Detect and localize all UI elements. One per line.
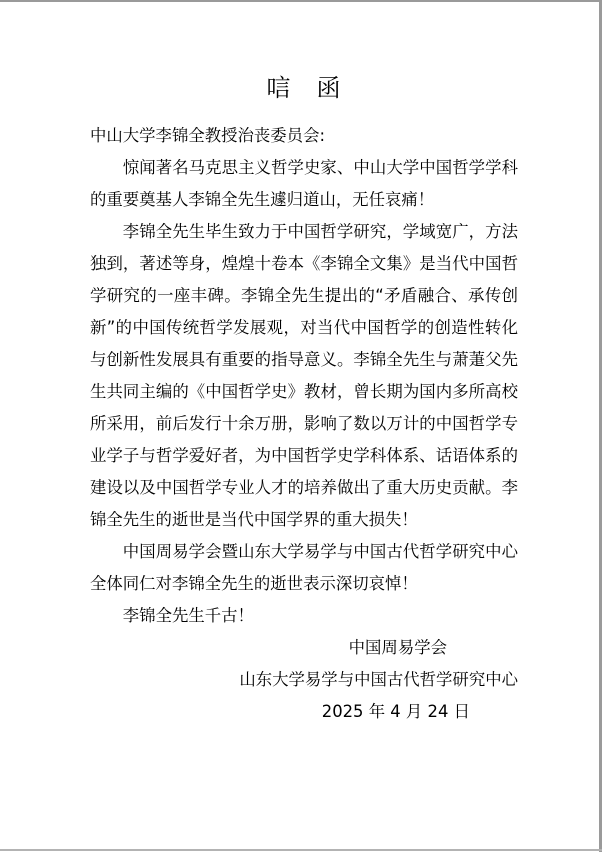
signature-org-secondary: 山东大学易学与中国古代哲学研究中心 <box>90 664 518 696</box>
letter-body: 唁 函 中山大学李锦全教授治丧委员会: 惊闻著名马克思主义哲学史家、中山大学中国… <box>90 0 518 728</box>
paragraph-4: 李锦全先生千古！ <box>90 600 518 632</box>
paragraph-1: 惊闻著名马克思主义哲学史家、中山大学中国哲学学科的重要奠基人李锦全先生遽归道山，… <box>90 152 518 216</box>
signature-date: 2025 年 4 月 24 日 <box>90 696 518 728</box>
paragraph-3: 中国周易学会暨山东大学易学与中国古代哲学研究中心全体同仁对李锦全先生的逝世表示深… <box>90 536 518 600</box>
paragraph-2: 李锦全先生毕生致力于中国哲学研究，学域宽广，方法独到，著述等身，煌煌十卷本《李锦… <box>90 216 518 536</box>
signature-block: 中国周易学会 山东大学易学与中国古代哲学研究中心 2025 年 4 月 24 日 <box>90 632 518 728</box>
signature-org-primary: 中国周易学会 <box>90 632 518 664</box>
page-edge-bottom <box>0 849 602 851</box>
letter-title: 唁 函 <box>90 72 518 104</box>
document-page: 唁 函 中山大学李锦全教授治丧委员会: 惊闻著名马克思主义哲学史家、中山大学中国… <box>0 0 606 852</box>
page-edge-right <box>599 0 602 852</box>
salutation: 中山大学李锦全教授治丧委员会: <box>90 120 518 152</box>
